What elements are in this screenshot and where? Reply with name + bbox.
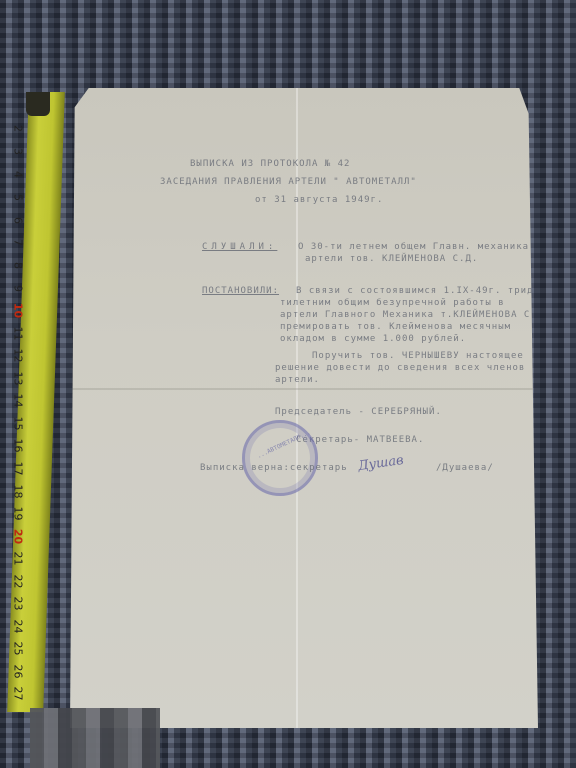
tape-mark: 23 xyxy=(12,594,25,614)
tape-mark: 11 xyxy=(12,324,25,344)
redacted-area xyxy=(30,708,160,768)
tape-mark: 14 xyxy=(12,391,25,411)
tape-mark: 25 xyxy=(12,639,25,659)
fold-line-horizontal xyxy=(70,388,538,390)
resolved-text-4: премировать тов. Клейменова месячным xyxy=(280,321,511,333)
tape-mark: 19 xyxy=(12,504,25,524)
tape-mark: 16 xyxy=(12,436,25,456)
signature: Душав xyxy=(357,453,404,474)
tape-measure-hook xyxy=(26,92,50,116)
resolved-text-2: тилетним общим безупречной работы в xyxy=(280,297,505,309)
tape-mark: 20 xyxy=(12,527,25,547)
tape-mark: 21 xyxy=(12,549,25,569)
assign-text-1: Поручить тов. ЧЕРНЫШЕВУ настоящее xyxy=(312,350,524,362)
tape-mark: 5 xyxy=(12,188,25,208)
tape-mark: 15 xyxy=(12,414,25,434)
date-line: от 31 августа 1949г. xyxy=(255,194,383,206)
tape-mark: 7 xyxy=(12,233,25,253)
tape-mark: 9 xyxy=(12,279,25,299)
tape-mark: 18 xyxy=(12,482,25,502)
assign-text-2: решение довести до сведения всех членов xyxy=(275,362,525,374)
heard-label: СЛУШАЛИ: xyxy=(202,241,277,253)
document-paper: ВЫПИСКА ИЗ ПРОТОКОЛА № 42 ЗАСЕДАНИЯ ПРАВ… xyxy=(70,88,538,728)
heard-text-2: артели тов. КЛЕЙМЕНОВА С.Д. xyxy=(305,253,478,265)
tape-mark: 27 xyxy=(12,684,25,704)
assign-text-3: артели. xyxy=(275,374,320,386)
tape-mark: 13 xyxy=(12,369,25,389)
organization-stamp: ...АВТОМЕТАЛЛ... xyxy=(242,420,318,496)
header-line-1: ВЫПИСКА ИЗ ПРОТОКОЛА № 42 xyxy=(190,158,350,170)
resolved-text-5: окладом в сумме 1.000 рублей. xyxy=(280,333,466,345)
stamp-text: ...АВТОМЕТАЛЛ... xyxy=(256,429,311,460)
tape-mark: 24 xyxy=(12,617,25,637)
resolved-text-1: В связи с состоявшимся 1.IX-49г. тридца- xyxy=(296,285,553,297)
tape-mark: 12 xyxy=(12,346,25,366)
tape-mark: 26 xyxy=(12,662,25,682)
signature-name: /Душаева/ xyxy=(436,462,494,474)
chairman-line: Председатель - СЕРЕБРЯНЫЙ. xyxy=(275,406,442,418)
resolved-text-3: артели Главного Механика т.КЛЕЙМЕНОВА С.… xyxy=(280,309,550,321)
tape-mark: 10 xyxy=(12,301,25,321)
certified-line: Выписка верна:секретарь xyxy=(200,462,348,474)
tape-mark: 8 xyxy=(12,256,25,276)
header-line-2: ЗАСЕДАНИЯ ПРАВЛЕНИЯ АРТЕЛИ " АВТОМЕТАЛЛ" xyxy=(160,176,417,188)
resolved-label: ПОСТАНОВИЛИ: xyxy=(202,285,279,297)
heard-text-1: О 30-ти летнем общем Главн. механика xyxy=(298,241,529,253)
tape-mark: 3 xyxy=(12,142,25,162)
tape-mark: 4 xyxy=(12,165,25,185)
tape-mark: 6 xyxy=(12,211,25,231)
tape-mark: 22 xyxy=(12,572,25,592)
tape-mark: 17 xyxy=(12,459,25,479)
tape-mark: 2 xyxy=(12,119,25,139)
